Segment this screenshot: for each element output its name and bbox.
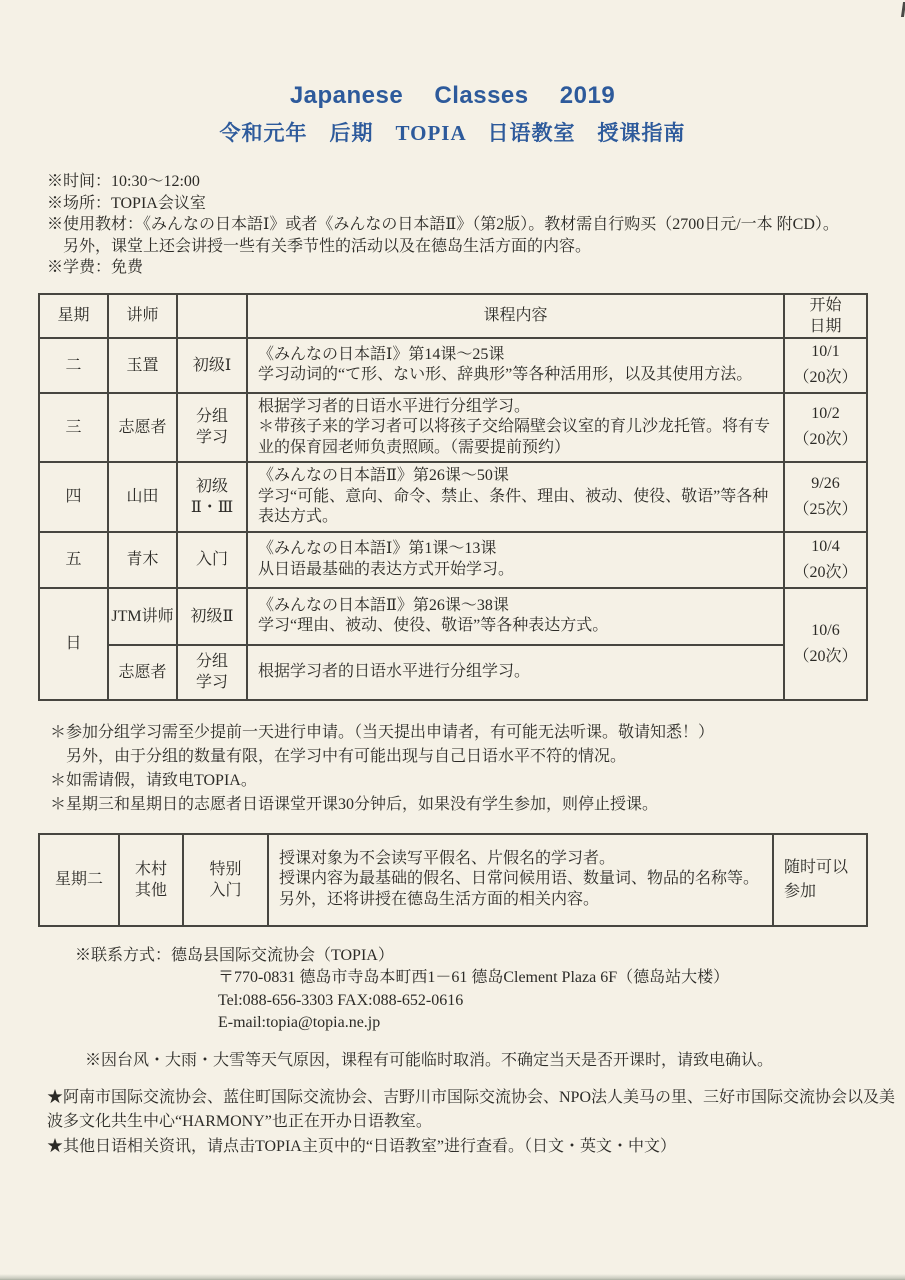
schedule-row-friday: 五 青木 入门 《みんなの日本語Ⅰ》第1课～13课 从日语最基础的表达方式开始学… [39, 532, 867, 588]
header-content: 课程内容 [247, 294, 784, 338]
page-title-chinese: 令和元年 后期 TOPIA 日语教室 授课指南 [0, 117, 905, 147]
day-cell: 二 [39, 338, 108, 393]
scanned-flyer-page: Japanese Classes 2019 令和元年 后期 TOPIA 日语教室… [0, 0, 905, 1280]
teacher-cell: JTM讲师 [108, 588, 177, 645]
page-title-english: Japanese Classes 2019 [0, 0, 905, 110]
schedule-row-wednesday: 三 志愿者 分组 学习 根据学习者的日语水平进行分组学习。 ＊带孩子来的学习者可… [39, 393, 867, 463]
content-cell: 授课对象为不会读写平假名、片假名的学习者。 授课内容为最基础的假名、日常问候用语… [268, 834, 773, 926]
info-textbook-extra: 另外，课堂上还会讲授一些有关季节性的活动以及在德岛生活方面的内容。 [47, 236, 905, 258]
info-fee: ※学费：免费 [47, 257, 905, 279]
notes-block: ＊参加分组学习需至少提前一天进行申请。（当天提出申请者，有可能无法听课。敬请知悉… [50, 721, 905, 817]
header-level [177, 294, 247, 338]
day-cell: 五 [39, 532, 108, 588]
schedule-row-thursday: 四 山田 初级 Ⅱ・Ⅲ 《みんなの日本語Ⅱ》第26课～50课 学习“可能、意向、… [39, 462, 867, 532]
note-apply-extra: 另外，由于分组的数量有限，在学习中有可能出现与自己日语水平不符的情况。 [50, 745, 905, 769]
content-cell: 根据学习者的日语水平进行分组学习。 [247, 645, 784, 700]
contact-tel-fax: Tel:088-656-3303 FAX:088-652-0616 [218, 990, 905, 1013]
info-time: ※时间：10:30～12:00 [47, 171, 905, 193]
schedule-table: 星期 讲师 课程内容 开始 日期 二 玉置 初级Ⅰ 《みんなの日本語Ⅰ》第14课… [38, 293, 868, 701]
contact-block: ※联系方式：德岛县国际交流协会（TOPIA） 〒770-0831 德岛市寺岛本町… [75, 945, 905, 1035]
start-anytime-cell: 随时可以 参加 [773, 834, 867, 926]
note-apply: ＊参加分组学习需至少提前一天进行申请。（当天提出申请者，有可能无法听课。敬请知悉… [50, 721, 905, 745]
day-cell: 星期二 [39, 834, 119, 926]
teacher-cell: 志愿者 [108, 393, 177, 463]
content-cell: 《みんなの日本語Ⅱ》第26课～50课 学习“可能、意向、命令、禁止、条件、理由、… [247, 462, 784, 532]
level-cell: 分组 学习 [177, 645, 247, 700]
info-textbook: ※使用教材：《みんなの日本語Ⅰ》或者《みんなの日本語Ⅱ》（第2版）。教材需自行购… [47, 214, 905, 236]
schedule-row-sunday-jtm: 日 JTM讲师 初级Ⅱ 《みんなの日本語Ⅱ》第26课～38课 学习“理由、被动、… [39, 588, 867, 645]
day-cell: 日 [39, 588, 108, 700]
header-teacher: 讲师 [108, 294, 177, 338]
schedule-row-sunday-volunteer: 志愿者 分组 学习 根据学习者的日语水平进行分组学习。 [39, 645, 867, 700]
star-note-website-info: ★其他日语相关资讯，请点击TOPIA主页中的“日语教室”进行查看。（日文・英文・… [47, 1135, 903, 1160]
schedule-header-row: 星期 讲师 课程内容 开始 日期 [39, 294, 867, 338]
content-cell: 根据学习者的日语水平进行分组学习。 ＊带孩子来的学习者可以将孩子交给隔壁会议室的… [247, 393, 784, 463]
level-cell: 初级 Ⅱ・Ⅲ [177, 462, 247, 532]
special-intro-table: 星期二 木村 其他 特别 入门 授课对象为不会读写平假名、片假名的学习者。 授课… [38, 833, 868, 927]
content-cell: 《みんなの日本語Ⅰ》第14课～25课 学习动词的“て形、ない形、辞典形”等各种活… [247, 338, 784, 393]
header-start-date: 开始 日期 [784, 294, 867, 338]
day-cell: 四 [39, 462, 108, 532]
scan-bottom-edge [0, 1274, 905, 1280]
start-date-cell: 10/1 （20次） [784, 338, 867, 393]
teacher-cell: 志愿者 [108, 645, 177, 700]
teacher-cell: 山田 [108, 462, 177, 532]
contact-details: 〒770-0831 德岛市寺岛本町西1－61 德岛Clement Plaza 6… [218, 967, 905, 1035]
special-intro-row: 星期二 木村 其他 特别 入门 授课对象为不会读写平假名、片假名的学习者。 授课… [39, 834, 867, 926]
start-date-cell: 10/6 （20次） [784, 588, 867, 700]
schedule-row-tuesday: 二 玉置 初级Ⅰ 《みんなの日本語Ⅰ》第14课～25课 学习动词的“て形、ない形… [39, 338, 867, 393]
start-date-cell: 10/4 （20次） [784, 532, 867, 588]
star-note-other-associations: ★阿南市国际交流协会、蓝住町国际交流协会、吉野川市国际交流协会、NPO法人美马の… [47, 1086, 903, 1135]
note-cancellation: ＊星期三和星期日的志愿者日语课堂开课30分钟后，如果没有学生参加，则停止授课。 [50, 793, 905, 817]
level-cell: 入门 [177, 532, 247, 588]
weather-note-text: ※因台风・大雨・大雪等天气原因，课程有可能临时取消。不确定当天是否开课时，请致电… [85, 1050, 905, 1072]
teacher-cell: 青木 [108, 532, 177, 588]
teacher-cell: 玉置 [108, 338, 177, 393]
level-cell: 初级Ⅰ [177, 338, 247, 393]
contact-email: E-mail:topia@topia.ne.jp [218, 1012, 905, 1035]
note-absence: ＊如需请假，请致电TOPIA。 [50, 769, 905, 793]
level-cell: 特别 入门 [183, 834, 268, 926]
content-cell: 《みんなの日本語Ⅰ》第1课～13课 从日语最基础的表达方式开始学习。 [247, 532, 784, 588]
content-cell: 《みんなの日本語Ⅱ》第26课～38课 学习“理由、被动、使役、敬语”等各种表达方… [247, 588, 784, 645]
start-date-cell: 9/26 （25次） [784, 462, 867, 532]
other-classes-block: ★阿南市国际交流协会、蓝住町国际交流协会、吉野川市国际交流协会、NPO法人美马の… [47, 1086, 903, 1160]
weather-cancellation-note: ※因台风・大雨・大雪等天气原因，课程有可能临时取消。不确定当天是否开课时，请致电… [85, 1050, 905, 1072]
start-date-cell: 10/2 （20次） [784, 393, 867, 463]
info-place: ※场所：TOPIA会议室 [47, 193, 905, 215]
level-cell: 分组 学习 [177, 393, 247, 463]
level-cell: 初级Ⅱ [177, 588, 247, 645]
contact-label: ※联系方式：德岛县国际交流协会（TOPIA） [75, 945, 905, 968]
day-cell: 三 [39, 393, 108, 463]
teacher-cell: 木村 其他 [119, 834, 183, 926]
header-day: 星期 [39, 294, 108, 338]
course-info-block: ※时间：10:30～12:00 ※场所：TOPIA会议室 ※使用教材：《みんなの… [47, 171, 905, 279]
contact-address: 〒770-0831 德岛市寺岛本町西1－61 德岛Clement Plaza 6… [218, 967, 905, 990]
